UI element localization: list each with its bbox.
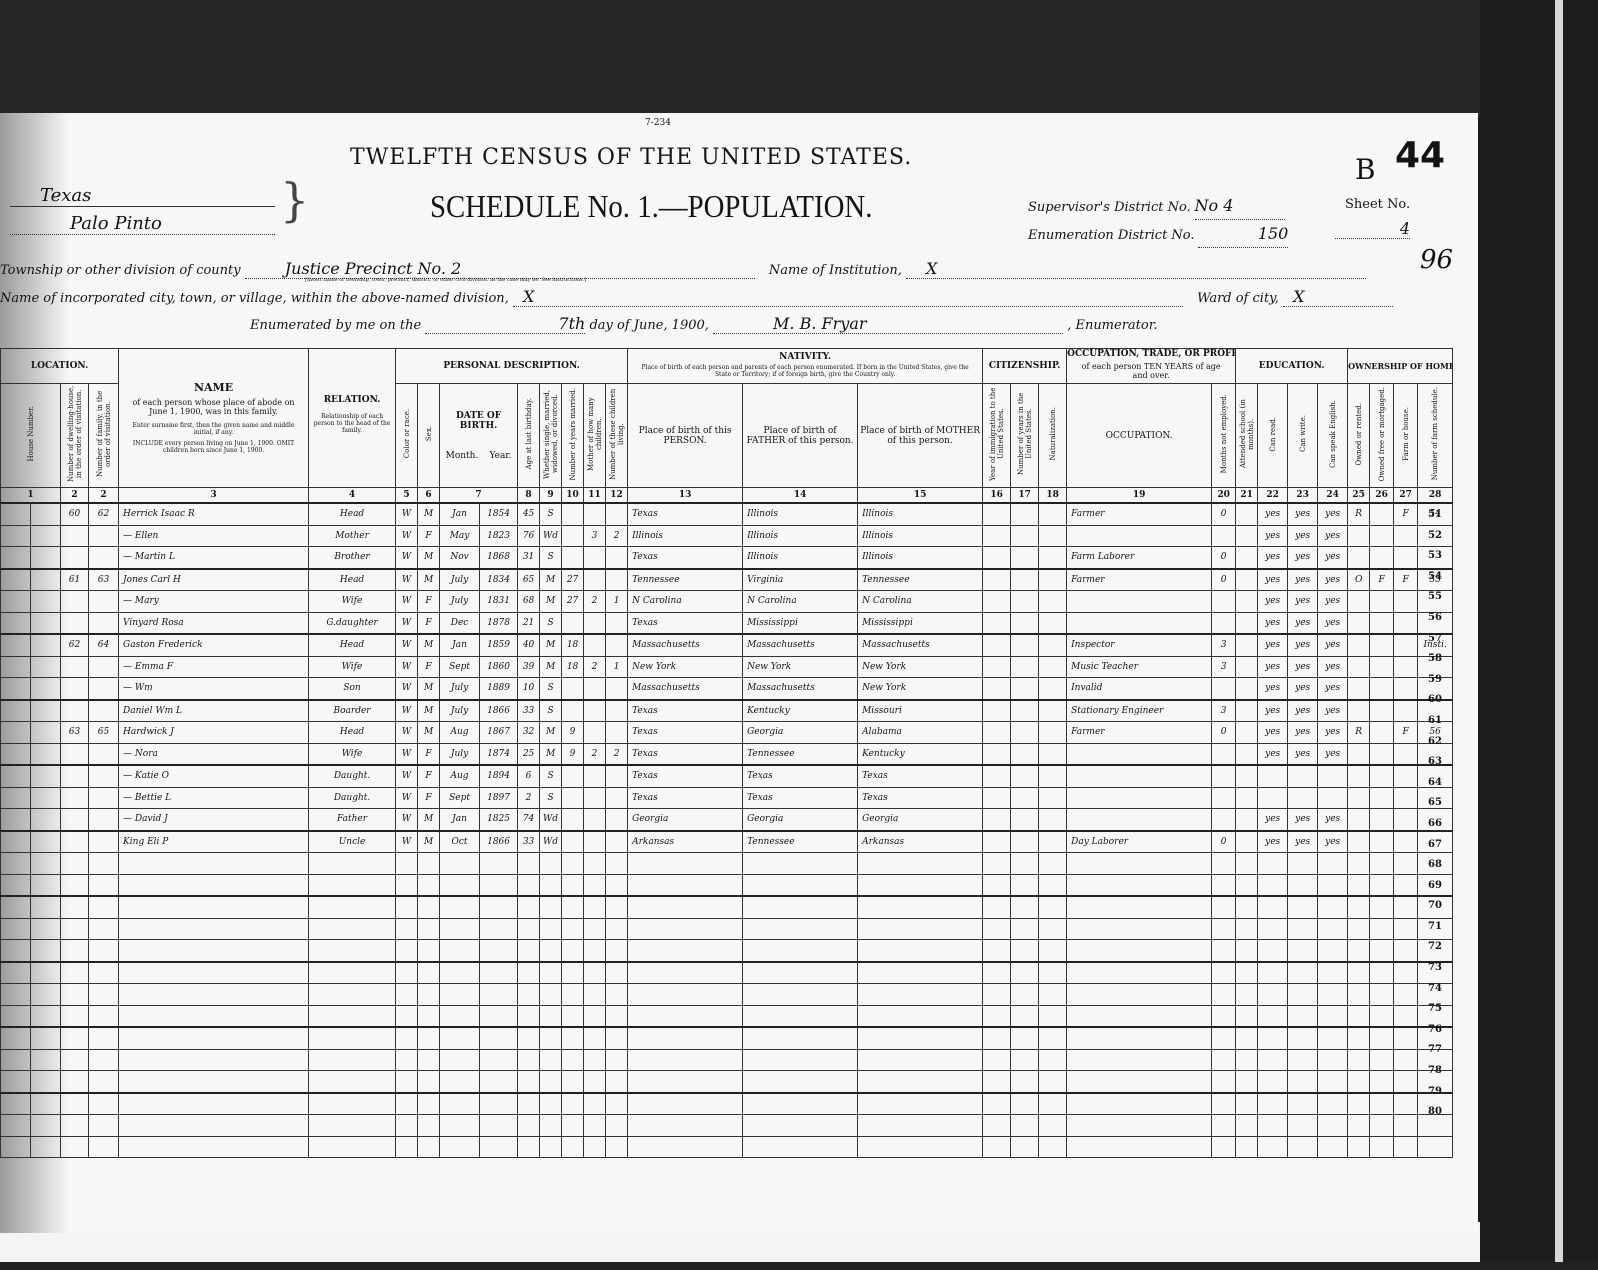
cell-age: 45 <box>518 503 540 525</box>
cell-school <box>1236 634 1258 656</box>
cell-yrs <box>1011 591 1039 613</box>
cell-marital <box>540 896 562 918</box>
cell-school <box>1236 1136 1258 1158</box>
cell-color <box>396 1071 418 1093</box>
cell-farm <box>1394 831 1418 853</box>
cell-name: — Ellen <box>119 525 309 547</box>
cell-marital: S <box>540 765 562 787</box>
table-row <box>1 1136 1453 1158</box>
cell-occupation <box>1067 940 1212 962</box>
table-row: — MaryWifeWFJuly183168M2721N CarolinaN C… <box>1 591 1453 613</box>
column-numbers-row: 122 34 56789101112 131415 161718 1920 21… <box>1 488 1453 504</box>
cell-read: yes <box>1258 525 1288 547</box>
cell-pobfather: Georgia <box>743 722 858 744</box>
cell-marital <box>540 940 562 962</box>
ward-label: Ward of city, <box>1197 291 1279 306</box>
cell-read <box>1258 787 1288 809</box>
cell-english <box>1318 984 1348 1006</box>
cell-month <box>440 1093 480 1115</box>
cell-pob <box>628 1071 743 1093</box>
cell-nat <box>1039 591 1067 613</box>
township-label: Township or other division of county <box>0 263 241 278</box>
cell-nat <box>1039 503 1067 525</box>
cell-english <box>1318 918 1348 940</box>
cell-nat <box>1039 940 1067 962</box>
cell-month: May <box>440 525 480 547</box>
cell-marital <box>540 918 562 940</box>
cell-read: yes <box>1258 503 1288 525</box>
cell-pobfather <box>743 853 858 875</box>
cell-pobfather <box>743 1049 858 1071</box>
cell-age: 21 <box>518 612 540 634</box>
cell-english: yes <box>1318 503 1348 525</box>
cell-year: 1823 <box>480 525 518 547</box>
cell-yrs <box>1011 1093 1039 1115</box>
cell-read <box>1258 1071 1288 1093</box>
cell-color: W <box>396 787 418 809</box>
cell-pob <box>628 853 743 875</box>
cell-month <box>440 962 480 984</box>
cell-month <box>440 874 480 896</box>
cell-farm <box>1394 962 1418 984</box>
cell-motherof <box>584 962 606 984</box>
cell-color: W <box>396 503 418 525</box>
cell-sex <box>418 1136 440 1158</box>
cell-house <box>31 918 61 940</box>
cell-street <box>1 918 31 940</box>
state-value: Texas <box>40 185 91 206</box>
cell-year <box>480 1071 518 1093</box>
col-birth-father: Place of birth of FATHER of this person. <box>743 384 858 488</box>
cell-write <box>1288 1049 1318 1071</box>
cell-pobfather: New York <box>743 656 858 678</box>
cell-yrsmarried: 27 <box>562 569 584 591</box>
table-row <box>1 1071 1453 1093</box>
cell-name: King Eli P <box>119 831 309 853</box>
cell-color: W <box>396 809 418 831</box>
cell-month <box>440 853 480 875</box>
cell-dwelling <box>61 591 89 613</box>
cell-dwelling <box>61 1093 89 1115</box>
cell-nat <box>1039 962 1067 984</box>
table-row: — Katie ODaught.WFAug18946STexasTexasTex… <box>1 765 1453 787</box>
cell-year: 1868 <box>480 547 518 569</box>
cell-color: W <box>396 569 418 591</box>
cell-english <box>1318 787 1348 809</box>
cell-motherof <box>584 722 606 744</box>
cell-dwelling <box>61 853 89 875</box>
cell-occupation <box>1067 984 1212 1006</box>
table-row <box>1 1027 1453 1049</box>
cell-street <box>1 940 31 962</box>
cell-read <box>1258 1136 1288 1158</box>
cell-nat <box>1039 656 1067 678</box>
col-years-us: Number of years in the United States. <box>1011 384 1039 488</box>
cell-nat <box>1039 896 1067 918</box>
cell-yrs <box>1011 874 1039 896</box>
cell-mortgage <box>1370 896 1394 918</box>
cell-farm <box>1394 787 1418 809</box>
cell-marital: M <box>540 634 562 656</box>
cell-age <box>518 1115 540 1137</box>
cell-farm <box>1394 1136 1418 1158</box>
cell-family <box>89 743 119 765</box>
cell-age <box>518 874 540 896</box>
cell-read: yes <box>1258 743 1288 765</box>
cell-farm <box>1394 591 1418 613</box>
cell-write: yes <box>1288 809 1318 831</box>
cell-write: yes <box>1288 722 1318 744</box>
cell-yrs <box>1011 678 1039 700</box>
cell-name <box>119 1005 309 1027</box>
cell-farm <box>1394 1115 1418 1137</box>
cell-age: 32 <box>518 722 540 744</box>
col-age: Age at last birthday. <box>518 384 540 488</box>
cell-month <box>440 896 480 918</box>
institution-label: Name of Institution, <box>769 263 902 278</box>
cell-year <box>480 1136 518 1158</box>
cell-street <box>1 591 31 613</box>
col-color: Color or race. <box>396 384 418 488</box>
cell-relation: G.daughter <box>309 612 396 634</box>
cell-family: 63 <box>89 569 119 591</box>
cell-family <box>89 525 119 547</box>
cell-imm <box>983 831 1011 853</box>
cell-read <box>1258 1093 1288 1115</box>
cell-school <box>1236 743 1258 765</box>
cell-school <box>1236 765 1258 787</box>
cell-read <box>1258 765 1288 787</box>
cell-pobmother: Kentucky <box>858 743 983 765</box>
cell-pob: Texas <box>628 612 743 634</box>
cell-mortgage <box>1370 722 1394 744</box>
cell-farm <box>1394 896 1418 918</box>
cell-motherof: 2 <box>584 656 606 678</box>
cell-pobmother: Georgia <box>858 809 983 831</box>
cell-write <box>1288 962 1318 984</box>
cell-nat <box>1039 525 1067 547</box>
cell-pobmother <box>858 896 983 918</box>
cell-school <box>1236 656 1258 678</box>
cell-house <box>31 874 61 896</box>
cell-unemployed: 0 <box>1212 722 1236 744</box>
cell-month <box>440 1027 480 1049</box>
cell-yrsmarried: 18 <box>562 656 584 678</box>
line-number: 52 <box>1420 526 1450 547</box>
cell-name: Vinyard Rosa <box>119 612 309 634</box>
cell-mortgage <box>1370 656 1394 678</box>
cell-unemployed <box>1212 962 1236 984</box>
cell-marital: Wd <box>540 809 562 831</box>
cell-family: 65 <box>89 722 119 744</box>
cell-imm <box>983 940 1011 962</box>
cell-pob: Massachusetts <box>628 678 743 700</box>
cell-year <box>480 896 518 918</box>
city-row: Name of incorporated city, town, or vill… <box>0 287 1420 307</box>
cell-motherof <box>584 940 606 962</box>
line-number: 77 <box>1420 1040 1450 1061</box>
cell-pobmother <box>858 940 983 962</box>
cell-motherof <box>584 547 606 569</box>
cell-write <box>1288 1093 1318 1115</box>
cell-pob: Texas <box>628 787 743 809</box>
census-page: 7-234 TWELFTH CENSUS OF THE UNITED STATE… <box>0 113 1478 1233</box>
line-number: 64 <box>1420 773 1450 794</box>
cell-living <box>606 722 628 744</box>
cell-pobfather <box>743 918 858 940</box>
cell-year: 1866 <box>480 700 518 722</box>
cell-pobmother: Illinois <box>858 503 983 525</box>
cell-dwelling <box>61 940 89 962</box>
cell-pob <box>628 1027 743 1049</box>
cell-dwelling <box>61 809 89 831</box>
line-number: 66 <box>1420 814 1450 835</box>
cell-relation: Head <box>309 722 396 744</box>
cell-living <box>606 1093 628 1115</box>
cell-farm <box>1394 678 1418 700</box>
cell-family: 64 <box>89 634 119 656</box>
table-row <box>1 1049 1453 1071</box>
cell-relation <box>309 918 396 940</box>
cell-mortgage <box>1370 940 1394 962</box>
cell-motherof <box>584 1005 606 1027</box>
col-naturalization: Naturalization. <box>1039 384 1067 488</box>
cell-pobfather: Massachusetts <box>743 634 858 656</box>
cell-marital: S <box>540 700 562 722</box>
cell-color <box>396 1049 418 1071</box>
cell-pobmother: Illinois <box>858 547 983 569</box>
col-marital: Whether single, married, widowed, or div… <box>540 384 562 488</box>
cell-dwelling <box>61 896 89 918</box>
cell-family <box>89 787 119 809</box>
line-number: 79 <box>1420 1082 1450 1103</box>
cell-farm <box>1394 853 1418 875</box>
cell-name <box>119 1071 309 1093</box>
cell-owned <box>1348 831 1370 853</box>
cell-occupation: Farm Laborer <box>1067 547 1212 569</box>
cell-color: W <box>396 591 418 613</box>
table-row <box>1 984 1453 1006</box>
cell-pob: Georgia <box>628 809 743 831</box>
cell-street <box>1 1005 31 1027</box>
cell-mortgage <box>1370 1093 1394 1115</box>
cell-yrs <box>1011 896 1039 918</box>
cell-dwelling <box>61 984 89 1006</box>
line-number: 65 <box>1420 793 1450 814</box>
cell-yrsmarried <box>562 1136 584 1158</box>
cell-school <box>1236 787 1258 809</box>
cell-unemployed <box>1212 678 1236 700</box>
cell-yrs <box>1011 525 1039 547</box>
cell-pob: Tennessee <box>628 569 743 591</box>
cell-nat <box>1039 1093 1067 1115</box>
cell-name <box>119 1115 309 1137</box>
cell-unemployed <box>1212 765 1236 787</box>
cell-pob: Texas <box>628 547 743 569</box>
cell-imm <box>983 1005 1011 1027</box>
cell-street <box>1 853 31 875</box>
enumeration-label: Enumeration District No. <box>1028 228 1195 243</box>
col-attended-school: Attended school (in months). <box>1236 384 1258 488</box>
cell-relation: Wife <box>309 656 396 678</box>
cell-age: 39 <box>518 656 540 678</box>
cell-write <box>1288 853 1318 875</box>
cell-relation <box>309 1136 396 1158</box>
cell-nat <box>1039 1071 1067 1093</box>
cell-pobmother <box>858 1027 983 1049</box>
cell-house <box>31 1093 61 1115</box>
col-mother-of: Mother of how many children. <box>584 384 606 488</box>
cell-imm <box>983 1093 1011 1115</box>
cell-yrs <box>1011 700 1039 722</box>
cell-house <box>31 743 61 765</box>
cell-farm <box>1394 765 1418 787</box>
cell-english: yes <box>1318 525 1348 547</box>
cell-school <box>1236 1071 1258 1093</box>
cell-motherof <box>584 1136 606 1158</box>
cell-read <box>1258 853 1288 875</box>
cell-pob: Texas <box>628 743 743 765</box>
table-row: — EllenMotherWFMay182376Wd32IllinoisIlli… <box>1 525 1453 547</box>
col-date-of-birth: DATE OF BIRTH. Month.Year. <box>440 384 518 488</box>
cell-living <box>606 874 628 896</box>
table-row: — WmSonWMJuly188910SMassachusettsMassach… <box>1 678 1453 700</box>
cell-english: yes <box>1318 612 1348 634</box>
cell-relation <box>309 1005 396 1027</box>
cell-pob <box>628 962 743 984</box>
cell-owned: R <box>1348 503 1370 525</box>
cell-pob <box>628 1136 743 1158</box>
cell-occupation <box>1067 874 1212 896</box>
cell-english: yes <box>1318 634 1348 656</box>
cell-living: 1 <box>606 591 628 613</box>
cell-english <box>1318 1093 1348 1115</box>
cell-motherof <box>584 984 606 1006</box>
cell-owned <box>1348 1049 1370 1071</box>
cell-yrsmarried: 9 <box>562 722 584 744</box>
cell-dwelling <box>61 831 89 853</box>
cell-pobmother <box>858 1115 983 1137</box>
cell-age: 10 <box>518 678 540 700</box>
cell-write: yes <box>1288 831 1318 853</box>
cell-relation: Head <box>309 503 396 525</box>
cell-write: yes <box>1288 634 1318 656</box>
cell-pobfather <box>743 874 858 896</box>
cell-imm <box>983 743 1011 765</box>
cell-yrsmarried: 18 <box>562 634 584 656</box>
table-row: — David JFatherWMJan182574WdGeorgiaGeorg… <box>1 809 1453 831</box>
cell-pobmother <box>858 853 983 875</box>
cell-mortgage <box>1370 1005 1394 1027</box>
cell-name: — David J <box>119 809 309 831</box>
ward-value: X <box>1283 287 1393 307</box>
cell-unemployed <box>1212 984 1236 1006</box>
cell-farm <box>1394 1049 1418 1071</box>
cell-occupation <box>1067 853 1212 875</box>
col-birth-person: Place of birth of this PERSON. <box>628 384 743 488</box>
cell-sex: M <box>418 569 440 591</box>
cell-occupation <box>1067 1093 1212 1115</box>
cell-relation: Head <box>309 634 396 656</box>
cell-yrsmarried <box>562 809 584 831</box>
cell-unemployed <box>1212 874 1236 896</box>
cell-pobfather <box>743 962 858 984</box>
cell-marital: Wd <box>540 525 562 547</box>
cell-mortgage <box>1370 853 1394 875</box>
cell-pob <box>628 896 743 918</box>
cell-pob: Texas <box>628 503 743 525</box>
cell-living <box>606 853 628 875</box>
cell-read: yes <box>1258 809 1288 831</box>
cell-street <box>1 1115 31 1137</box>
cell-pob <box>628 874 743 896</box>
cell-street <box>1 1093 31 1115</box>
cell-sex: M <box>418 831 440 853</box>
cell-read <box>1258 984 1288 1006</box>
cell-farm: F <box>1394 503 1418 525</box>
col-family-number: Number of family, in the order of visita… <box>89 384 119 488</box>
cell-year <box>480 984 518 1006</box>
cell-yrs <box>1011 831 1039 853</box>
cell-age <box>518 1027 540 1049</box>
cell-family <box>89 1049 119 1071</box>
line-number: 71 <box>1420 917 1450 938</box>
cell-pobmother <box>858 1049 983 1071</box>
cell-marital: S <box>540 547 562 569</box>
cell-write <box>1288 1136 1318 1158</box>
cell-dwelling <box>61 918 89 940</box>
cell-sex: M <box>418 547 440 569</box>
cell-yrsmarried <box>562 918 584 940</box>
section-nativity: NATIVITY. Place of birth of each person … <box>628 349 983 384</box>
cell-color <box>396 1027 418 1049</box>
cell-school <box>1236 547 1258 569</box>
cell-living <box>606 984 628 1006</box>
cell-street <box>1 700 31 722</box>
cell-mortgage <box>1370 743 1394 765</box>
cell-family <box>89 1115 119 1137</box>
cell-month <box>440 1071 480 1093</box>
cell-yrs <box>1011 1136 1039 1158</box>
cell-write: yes <box>1288 503 1318 525</box>
cell-month: Nov <box>440 547 480 569</box>
cell-school <box>1236 700 1258 722</box>
scanner-edge <box>1555 0 1563 1270</box>
cell-school <box>1236 1093 1258 1115</box>
cell-color: W <box>396 547 418 569</box>
cell-relation: Daught. <box>309 787 396 809</box>
cell-motherof <box>584 874 606 896</box>
table-row <box>1 1115 1453 1137</box>
cell-month <box>440 1005 480 1027</box>
cell-unemployed: 3 <box>1212 700 1236 722</box>
cell-english <box>1318 853 1348 875</box>
supervisor-label: Supervisor's District No. <box>1028 200 1191 215</box>
cell-month <box>440 1049 480 1071</box>
book-letter: B <box>1355 153 1376 186</box>
cell-family <box>89 984 119 1006</box>
cell-street <box>1 612 31 634</box>
cell-imm <box>983 1027 1011 1049</box>
section-education: EDUCATION. <box>1236 349 1348 384</box>
cell-street <box>1 722 31 744</box>
cell-age: 74 <box>518 809 540 831</box>
cell-pobfather <box>743 1093 858 1115</box>
cell-age <box>518 1093 540 1115</box>
cell-house <box>31 612 61 634</box>
cell-dwelling <box>61 656 89 678</box>
cell-street <box>1 1027 31 1049</box>
